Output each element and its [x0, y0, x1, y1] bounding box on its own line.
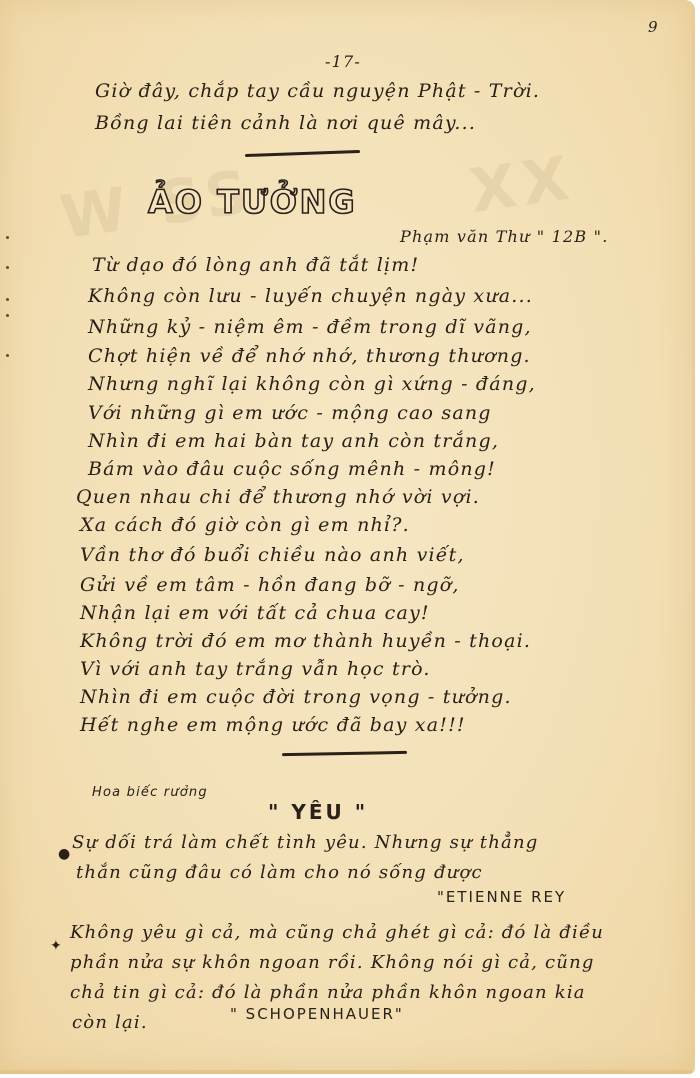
- margin-speck: [6, 314, 9, 317]
- quote-line: thắn cũng đâu có làm cho nó sống được: [76, 862, 483, 883]
- intro-line: Giờ đây, chắp tay cầu nguyện Phật - Trời…: [95, 80, 540, 102]
- margin-speck: [6, 236, 9, 239]
- poem-author: Phạm văn Thư " 12B ".: [400, 227, 609, 246]
- poem-line: Không trời đó em mơ thành huyền - thoại.: [80, 630, 531, 652]
- poem-line: Gửi về em tâm - hồn đang bỡ - ngỡ,: [80, 574, 460, 596]
- poem-line: Từ dạo đó lòng anh đã tắt lịm!: [92, 254, 419, 276]
- quote-line: phần nửa sự khôn ngoan rồi. Không nói gì…: [70, 952, 595, 973]
- quote-attribution: "ETIENNE REY: [437, 888, 566, 906]
- poem-line: Hết nghe em mộng ước đã bay xa!!!: [80, 714, 466, 736]
- quotes-title: " YÊU ": [268, 800, 368, 824]
- divider-flourish: [282, 751, 407, 756]
- quote-line: còn lại.: [72, 1012, 148, 1033]
- bullet-icon: ✦: [50, 938, 62, 954]
- quote-line: chả tin gì cả: đó là phần nửa phần khôn …: [70, 982, 586, 1003]
- poem-line: Với những gì em ước - mộng cao sang: [88, 402, 492, 424]
- poem-title: ẢO TƯỞNG: [148, 183, 357, 221]
- poem-line: Nhận lại em với tất cả chua cay!: [80, 602, 430, 624]
- margin-speck: [6, 298, 9, 301]
- quote-attribution: " SCHOPENHAUER": [230, 1005, 404, 1023]
- poem-line: Quen nhau chi để thương nhớ vời vợi.: [76, 486, 480, 508]
- section-number: -17-: [325, 52, 361, 71]
- scanned-page: W SS XX 9 -17- Giờ đây, chắp tay cầu ngu…: [0, 0, 695, 1074]
- poem-line: Những kỷ - niệm êm - đềm trong dĩ vãng,: [88, 316, 532, 338]
- poem-line: Không còn lưu - luyến chuyện ngày xưa...: [88, 285, 533, 307]
- quote-line: Không yêu gì cả, mà cũng chả ghét gì cả:…: [70, 922, 604, 943]
- bullet-icon: ●: [58, 846, 70, 862]
- poem-line: Vì với anh tay trắng vẫn học trò.: [80, 658, 431, 680]
- poem-line: Bám vào đâu cuộc sống mênh - mông!: [88, 458, 496, 480]
- poem-line: Nhìn đi em hai bàn tay anh còn trắng,: [88, 430, 499, 452]
- poem-line: Nhìn đi em cuộc đời trong vọng - tưởng.: [80, 686, 512, 708]
- intro-line: Bồng lai tiên cảnh là nơi quê mây...: [95, 112, 476, 134]
- margin-speck: [6, 354, 9, 357]
- section-label: Hoa biếc rưởng: [92, 785, 208, 800]
- poem-line: Nhưng nghĩ lại không còn gì xứng - đáng,: [88, 373, 536, 395]
- divider-flourish: [245, 150, 360, 157]
- poem-line: Xa cách đó giờ còn gì em nhỉ?.: [80, 514, 410, 536]
- page-number: 9: [648, 18, 659, 36]
- bleed-through-watermark: XX: [466, 143, 579, 227]
- quote-line: Sự dối trá làm chết tình yêu. Nhưng sự t…: [72, 832, 538, 853]
- poem-line: Chợt hiện về để nhớ nhớ, thương thương.: [88, 345, 531, 367]
- poem-line: Vần thơ đó buổi chiều nào anh viết,: [80, 544, 465, 566]
- margin-speck: [6, 266, 9, 269]
